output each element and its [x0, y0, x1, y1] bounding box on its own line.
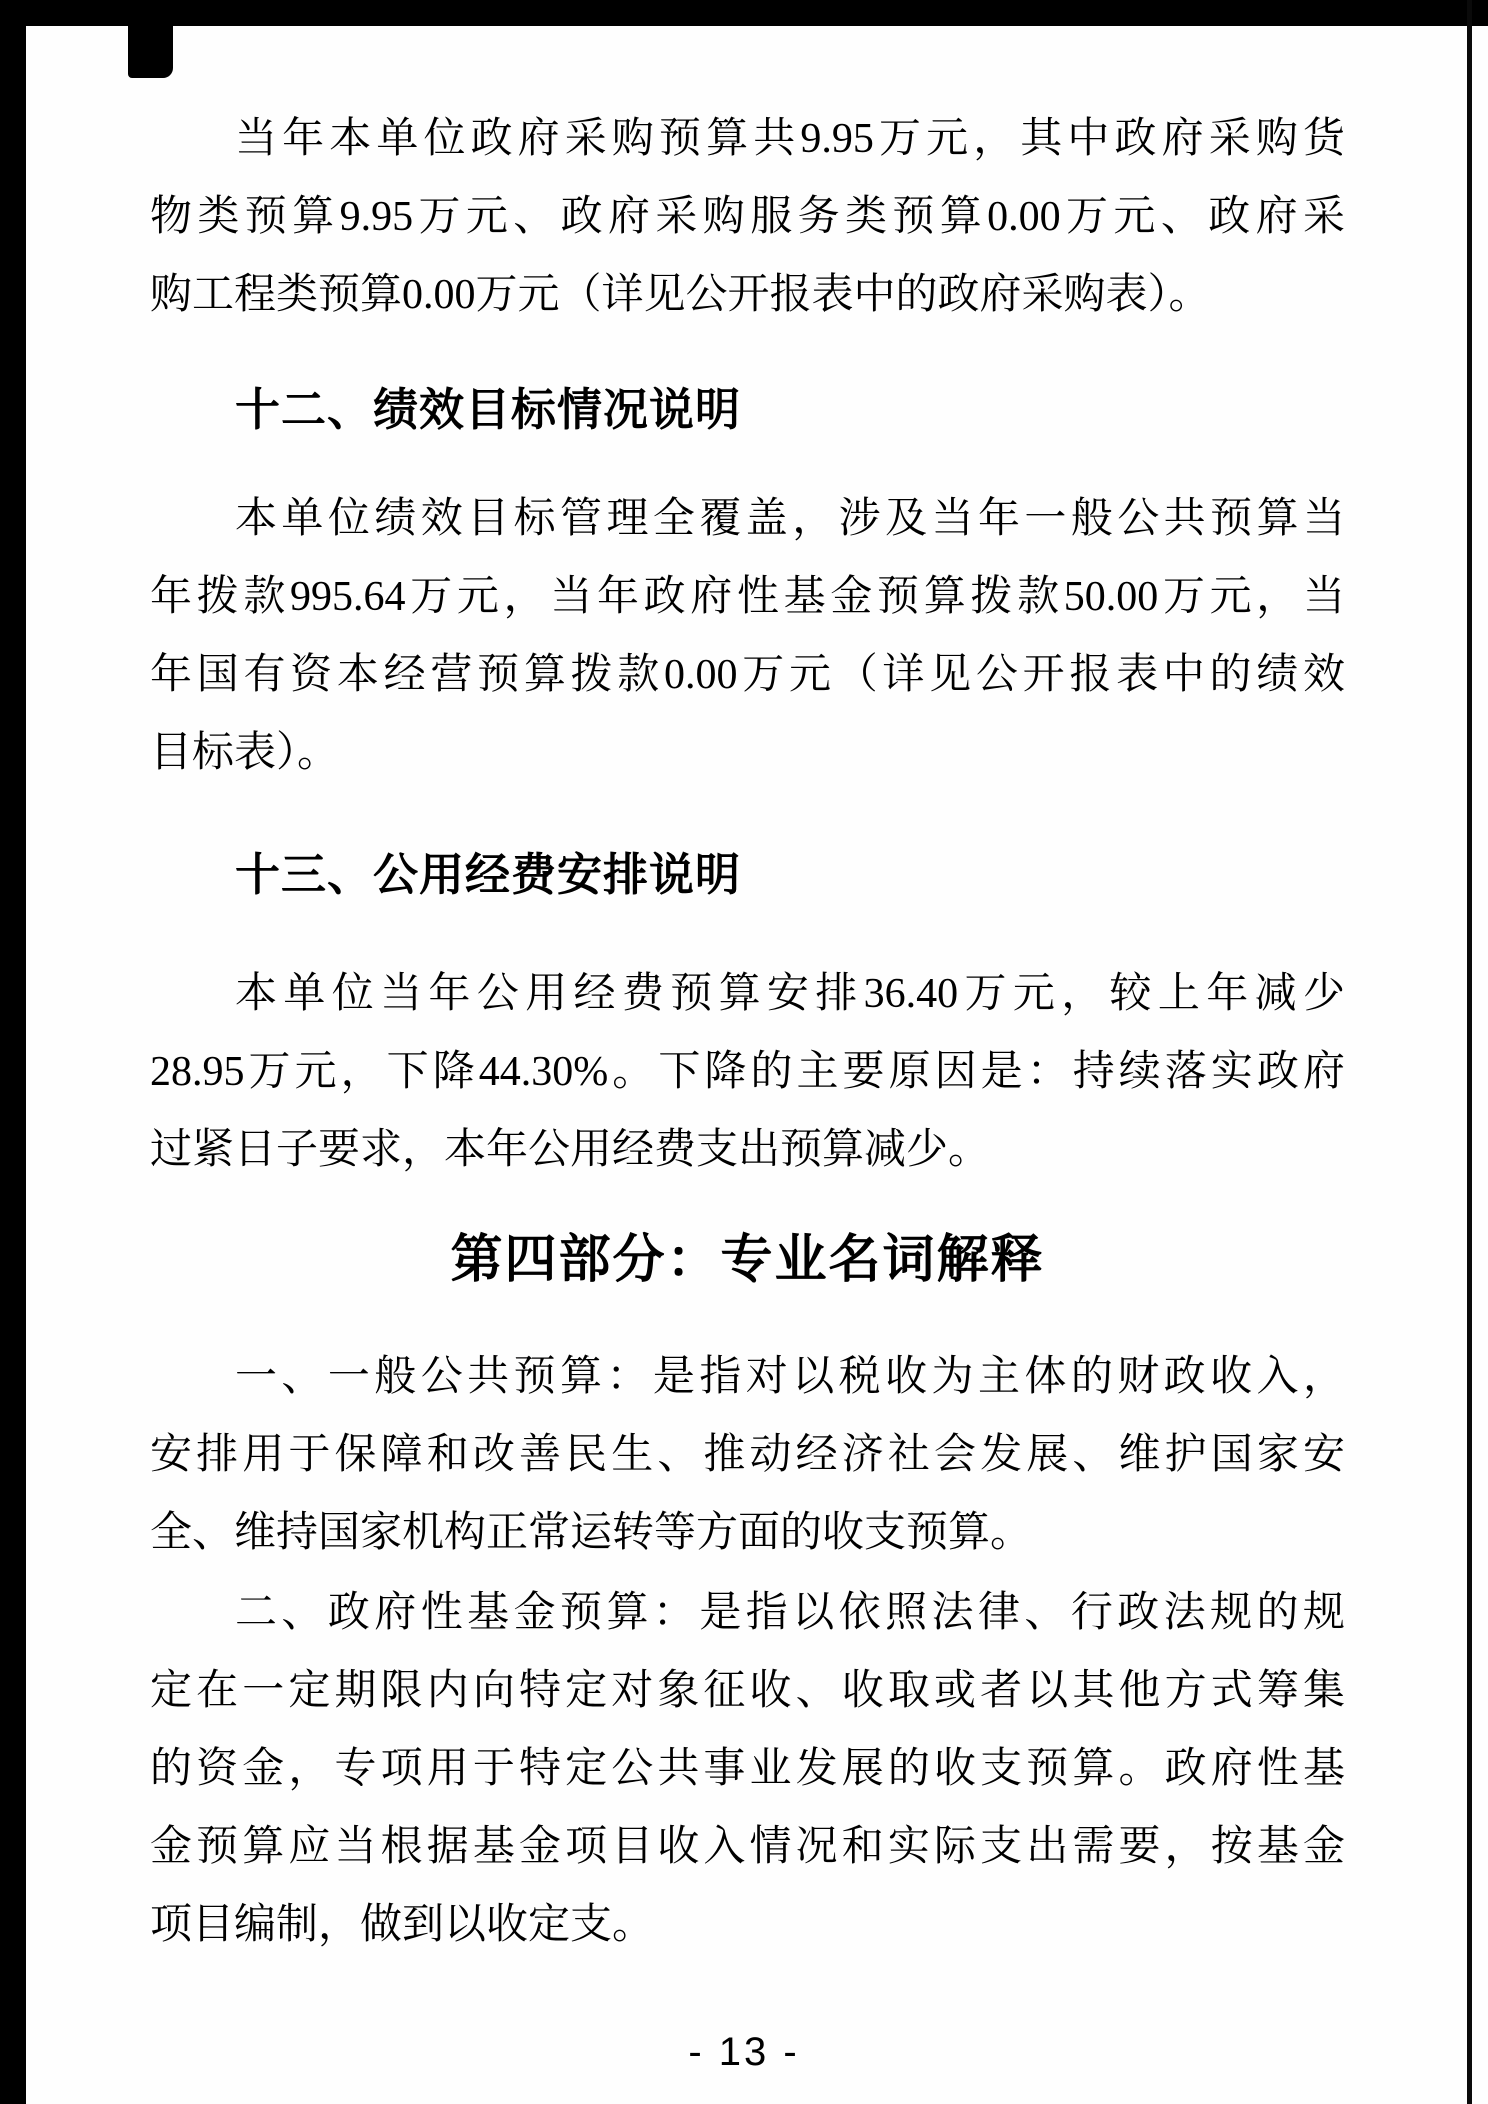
text-line: 全、维持国家机构正常运转等方面的收支预算。 — [150, 1494, 1345, 1572]
text-line: 目标表）。 — [150, 714, 1345, 792]
text-line: 的资金，专项用于特定公共事业发展的收支预算。政府性基 — [150, 1730, 1345, 1808]
text-line: 二、政府性基金预算：是指以依照法律、行政法规的规 — [150, 1574, 1345, 1652]
scan-border-right — [1467, 0, 1472, 2104]
page-content: 当年本单位政府采购预算共9.95万元，其中政府采购货 物类预算9.95万元、政府… — [150, 0, 1345, 1964]
text-line: 安排用于保障和改善民生、推动经济社会发展、维护国家安 — [150, 1416, 1345, 1494]
page-number: - 13 - — [0, 2028, 1488, 2076]
text-line: 定在一定期限内向特定对象征收、收取或者以其他方式筹集 — [150, 1652, 1345, 1730]
text-line: 28.95万元，下降44.30%。下降的主要原因是：持续落实政府 — [150, 1033, 1345, 1111]
paragraph-procurement: 当年本单位政府采购预算共9.95万元，其中政府采购货 物类预算9.95万元、政府… — [150, 100, 1345, 334]
paragraph-performance-targets: 本单位绩效目标管理全覆盖，涉及当年一般公共预算当 年拨款995.64万元，当年政… — [150, 480, 1345, 792]
heading-part4-glossary: 第四部分：专业名词解释 — [150, 1215, 1345, 1305]
scan-border-left — [0, 0, 26, 2104]
document-page: 当年本单位政府采购预算共9.95万元，其中政府采购货 物类预算9.95万元、政府… — [0, 0, 1488, 2104]
paragraph-public-expense: 本单位当年公用经费预算安排36.40万元，较上年减少 28.95万元，下降44.… — [150, 955, 1345, 1189]
heading-public-expense: 十三、公用经费安排说明 — [150, 835, 1345, 915]
text-line: 物类预算9.95万元、政府采购服务类预算0.00万元、政府采 — [150, 178, 1345, 256]
heading-performance-targets: 十二、绩效目标情况说明 — [150, 370, 1345, 450]
text-line: 当年本单位政府采购预算共9.95万元，其中政府采购货 — [150, 100, 1345, 178]
text-line: 年拨款995.64万元，当年政府性基金预算拨款50.00万元，当 — [150, 558, 1345, 636]
text-line: 过紧日子要求，本年公用经费支出预算减少。 — [150, 1111, 1345, 1189]
text-line: 购工程类预算0.00万元（详见公开报表中的政府采购表）。 — [150, 256, 1345, 334]
text-line: 项目编制，做到以收定支。 — [150, 1886, 1345, 1964]
text-line: 本单位绩效目标管理全覆盖，涉及当年一般公共预算当 — [150, 480, 1345, 558]
paragraph-term-govfund-budget: 二、政府性基金预算：是指以依照法律、行政法规的规 定在一定期限内向特定对象征收、… — [150, 1574, 1345, 1964]
text-line: 本单位当年公用经费预算安排36.40万元，较上年减少 — [150, 955, 1345, 1033]
text-line: 年国有资本经营预算拨款0.00万元（详见公开报表中的绩效 — [150, 636, 1345, 714]
text-line: 一、一般公共预算：是指对以税收为主体的财政收入， — [150, 1338, 1345, 1416]
paragraph-term-general-budget: 一、一般公共预算：是指对以税收为主体的财政收入， 安排用于保障和改善民生、推动经… — [150, 1338, 1345, 1572]
text-line: 金预算应当根据基金项目收入情况和实际支出需要，按基金 — [150, 1808, 1345, 1886]
